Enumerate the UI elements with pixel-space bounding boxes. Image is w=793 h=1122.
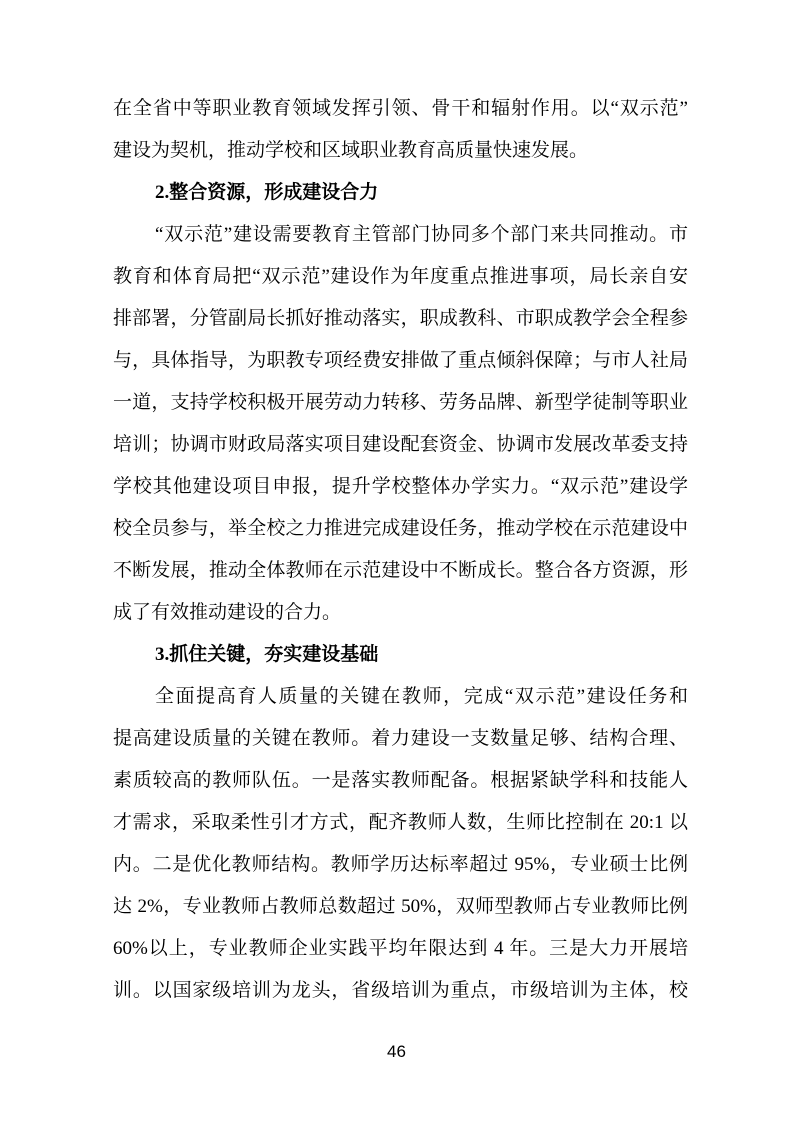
text-line: 达 2%，专业教师占教师总数超过 50%，双师型教师占专业教师比例 [113, 886, 688, 928]
text-line: 在全省中等职业教育领域发挥引领、骨干和辐射作用。以“双示范” [113, 88, 688, 130]
text-line: 教育和体育局把“双示范”建设作为年度重点推进事项，局长亲自安 [113, 256, 688, 298]
text-line: 校全员参与，举全校之力推进完成建设任务，推动学校在示范建设中 [113, 508, 688, 550]
text-line: 排部署，分管副局长抓好推动落实，职成教科、市职成教学会全程参 [113, 298, 688, 340]
page-footer: 46 [0, 1042, 793, 1062]
text-line: 60%以上，专业教师企业实践平均年限达到 4 年。三是大力开展培 [113, 928, 688, 970]
text-line: 不断发展，推动全体教师在示范建设中不断成长。整合各方资源，形 [113, 550, 688, 592]
section-heading: 2.整合资源，形成建设合力 [113, 172, 688, 214]
text-line: 培训；协调市财政局落实项目建设配套资金、协调市发展改革委支持 [113, 424, 688, 466]
text-line: 成了有效推动建设的合力。 [113, 592, 688, 634]
page-number: 46 [387, 1042, 406, 1061]
text-line: 才需求，采取柔性引才方式，配齐教师人数，生师比控制在 20:1 以 [113, 802, 688, 844]
text-block: 在全省中等职业教育领域发挥引领、骨干和辐射作用。以“双示范”建设为契机，推动学校… [113, 88, 688, 1012]
text-line: 素质较高的教师队伍。一是落实教师配备。根据紧缺学科和技能人 [113, 760, 688, 802]
text-line: 一道，支持学校积极开展劳动力转移、劳务品牌、新型学徒制等职业 [113, 382, 688, 424]
text-line: 与，具体指导，为职教专项经费安排做了重点倾斜保障；与市人社局 [113, 340, 688, 382]
text-line: 内。二是优化教师结构。教师学历达标率超过 95%，专业硕士比例 [113, 844, 688, 886]
text-line: 训。以国家级培训为龙头，省级培训为重点，市级培训为主体，校 [113, 970, 688, 1012]
text-line: “双示范”建设需要教育主管部门协同多个部门来共同推动。市 [113, 214, 688, 256]
text-line: 提高建设质量的关键在教师。着力建设一支数量足够、结构合理、 [113, 718, 688, 760]
section-heading: 3.抓住关键，夯实建设基础 [113, 634, 688, 676]
text-line: 学校其他建设项目申报，提升学校整体办学实力。“双示范”建设学 [113, 466, 688, 508]
text-line: 建设为契机，推动学校和区域职业教育高质量快速发展。 [113, 130, 688, 172]
text-line: 全面提高育人质量的关键在教师，完成“双示范”建设任务和 [113, 676, 688, 718]
document-page: 在全省中等职业教育领域发挥引领、骨干和辐射作用。以“双示范”建设为契机，推动学校… [0, 0, 793, 1122]
